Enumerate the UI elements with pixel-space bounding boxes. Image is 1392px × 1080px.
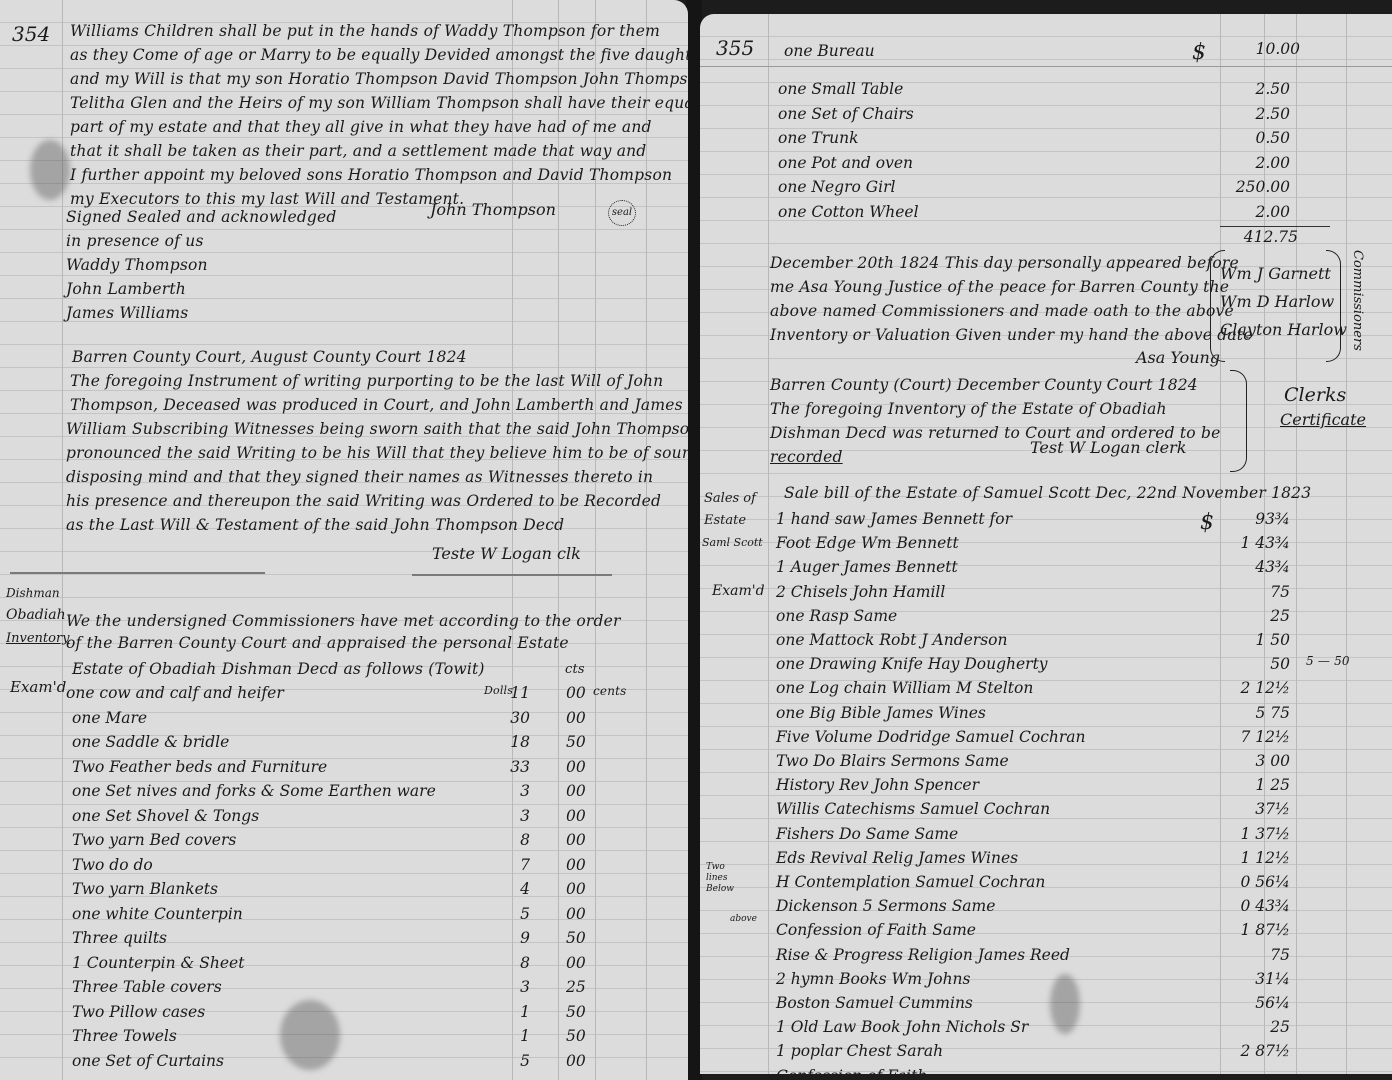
sale-item: Two Do Blairs Sermons Same: [776, 752, 1009, 770]
item-cents: 00: [566, 684, 586, 702]
sale-item: one Drawing Knife Hay Dougherty: [776, 655, 1048, 673]
item-cents: 50: [566, 1003, 586, 1021]
inventory-item: Two Feather beds and Furniture: [72, 758, 327, 776]
inventory-item: one Small Table: [778, 80, 903, 98]
sale-amount: 3 00: [1180, 752, 1290, 770]
inventory-item: Two yarn Bed covers: [72, 831, 236, 849]
item-dollars: 5: [420, 1052, 530, 1070]
inventory-item: one Negro Girl: [778, 178, 895, 196]
item-amount: 2.50: [1180, 80, 1290, 98]
sale-amount: 1 12½: [1180, 849, 1290, 867]
sale-amount: 1 50: [1180, 631, 1290, 649]
item-amount: 2.50: [1180, 105, 1290, 123]
sale-item: 1 hand saw James Bennett for: [776, 510, 1012, 528]
item-cents: 50: [566, 733, 586, 751]
clerk-teste: Teste W Logan clk: [432, 544, 581, 563]
inventory-item: one Mare: [72, 709, 147, 727]
item-dollars: 18: [420, 733, 530, 751]
item-dollars: 3: [420, 978, 530, 996]
inventory-item: one Set nives and forks & Some Earthen w…: [72, 782, 436, 800]
inventory-item: 1 Counterpin & Sheet: [72, 954, 244, 972]
item-dollars: 1: [420, 1027, 530, 1045]
sale-item: one Rasp Same: [776, 607, 897, 625]
item-dollars: 7: [420, 856, 530, 874]
sale-amount: 0 56¼: [1180, 873, 1290, 891]
sale-item: History Rev John Spencer: [776, 776, 979, 794]
item-dollars: 8: [420, 831, 530, 849]
sale-amount: 1 43¾: [1180, 534, 1290, 552]
inventory-item: Three quilts: [72, 929, 167, 947]
attestation-line: in presence of us: [66, 232, 204, 250]
sale-item: 1 poplar Chest Sarah: [776, 1042, 943, 1060]
item-dollars: 33: [420, 758, 530, 776]
item-cents: 00: [566, 782, 586, 800]
page-number: 354: [12, 22, 50, 46]
section-divider: [412, 574, 612, 576]
item-dollars: 11: [420, 684, 530, 702]
side-note: above: [730, 908, 757, 930]
item-dollars: 4: [420, 880, 530, 898]
brace-mark: [1230, 370, 1247, 472]
sale-amount: 1 25: [1180, 776, 1290, 794]
inventory-item: one Set of Chairs: [778, 105, 914, 123]
sale-amount: 5 75: [1180, 704, 1290, 722]
inventory-item: one Bureau: [784, 42, 875, 60]
item-cents: 00: [566, 758, 586, 776]
sale-item: Willis Catechisms Samuel Cochran: [776, 800, 1050, 818]
inventory-item: one Set Shovel & Tongs: [72, 807, 259, 825]
attestation-line: Signed Sealed and acknowledged: [66, 208, 337, 226]
inventory-item: one Cotton Wheel: [778, 203, 919, 221]
sale-amount: 1 37½: [1180, 825, 1290, 843]
sale-item: Dickenson 5 Sermons Same: [776, 897, 995, 915]
item-cents: 00: [566, 880, 586, 898]
sale-item: one Big Bible James Wines: [776, 704, 986, 722]
item-amount: 2.00: [1180, 203, 1290, 221]
item-cents: 50: [566, 929, 586, 947]
commissioners-label: Commissioners: [1350, 250, 1365, 351]
item-cents: 00: [566, 831, 586, 849]
sale-amount: 93¾: [1180, 510, 1290, 528]
certificate-label: Certificate: [1280, 410, 1366, 429]
witness-name: Waddy Thompson: [66, 256, 208, 274]
sale-item: Confession of Faith Same: [776, 921, 976, 939]
sale-item: Five Volume Dodridge Samuel Cochran: [776, 728, 1086, 746]
inventory-item: one Trunk: [778, 129, 859, 147]
sale-item: Eds Revival Relig James Wines: [776, 849, 1018, 867]
item-cents: 25: [566, 978, 586, 996]
certificate-label: Clerks: [1284, 384, 1346, 406]
inventory-item: Two yarn Blankets: [72, 880, 218, 898]
item-dollars: 8: [420, 954, 530, 972]
sale-item: Rise & Progress Religion James Reed: [776, 946, 1070, 964]
item-dollars: 5: [420, 905, 530, 923]
item-dollars: 30: [420, 709, 530, 727]
sale-item: 1 Old Law Book John Nichols Sr: [776, 1018, 1028, 1036]
sale-amount: 56¼: [1180, 994, 1290, 1012]
inventory-item: one white Counterpin: [72, 905, 243, 923]
item-amount: 2.00: [1180, 154, 1290, 172]
inventory-item: one Set of Curtains: [72, 1052, 224, 1070]
sale-amount: 25: [1180, 607, 1290, 625]
sale-item: one Mattock Robt J Anderson: [776, 631, 1008, 649]
sale-item: 1 Auger James Bennett: [776, 558, 958, 576]
testator-signature: John Thompson: [430, 200, 556, 219]
sale-amount: 37½: [1180, 800, 1290, 818]
page-number: 355: [716, 36, 754, 60]
item-amount: 10.00: [1190, 40, 1300, 58]
item-amount: 0.50: [1180, 129, 1290, 147]
section-divider: [10, 572, 265, 574]
witness-name: James Williams: [66, 304, 188, 322]
sale-amount: 50: [1180, 655, 1290, 673]
side-note: Two lines Below: [706, 862, 746, 895]
item-cents: 00: [566, 709, 586, 727]
sale-amount: 2 87½: [1180, 1042, 1290, 1060]
item-dollars: 3: [420, 782, 530, 800]
sale-heading: Sale bill of the Estate of Samuel Scott …: [784, 484, 1311, 502]
item-cents: 00: [566, 1052, 586, 1070]
item-cents: 00: [566, 954, 586, 972]
left-page: 354 Williams Children shall be put in th…: [0, 0, 688, 1080]
sale-amount: 31¼: [1180, 970, 1290, 988]
inventory-total: 412.75: [1188, 228, 1298, 246]
sale-item: Fishers Do Same Same: [776, 825, 958, 843]
witness-name: John Lamberth: [66, 280, 186, 298]
inventory-item: one Pot and oven: [778, 154, 913, 172]
sale-amount: 1 87½: [1180, 921, 1290, 939]
sale-amount: 7 12½: [1180, 728, 1290, 746]
sale-item: 2 hymn Books Wm Johns: [776, 970, 970, 988]
court-heading: Barren County Court, August County Court…: [72, 348, 467, 366]
item-dollars: 1: [420, 1003, 530, 1021]
item-cents: 50: [566, 1027, 586, 1045]
item-dollars: 3: [420, 807, 530, 825]
sale-item: Boston Samuel Cummins: [776, 994, 973, 1012]
sale-amount: 0 43¾: [1180, 897, 1290, 915]
item-cents: 00: [566, 856, 586, 874]
sale-amount: 43¾: [1180, 558, 1290, 576]
inventory-item: one cow and calf and heifer: [66, 684, 284, 702]
sale-item: Foot Edge Wm Bennett: [776, 534, 959, 552]
right-page: 355 one Bureau $ 10.00 one Small Table 2…: [700, 14, 1392, 1074]
running-total-note: 5 — 50: [1306, 654, 1350, 668]
inventory-item: Two do do: [72, 856, 153, 874]
sale-amount: 25: [1180, 1018, 1290, 1036]
inventory-item: Three Table covers: [72, 978, 222, 996]
justice-signature: Asa Young: [1136, 348, 1220, 367]
inventory-item: Two Pillow cases: [72, 1003, 205, 1021]
inventory-item: Three Towels: [72, 1027, 177, 1045]
clerk-teste: Test W Logan clerk: [1030, 438, 1186, 457]
sale-item: one Log chain William M Stelton: [776, 679, 1033, 697]
item-amount: 250.00: [1180, 178, 1290, 196]
seal-mark: seal: [608, 200, 636, 226]
sale-amount: 75: [1180, 946, 1290, 964]
sale-item: 2 Chisels John Hamill: [776, 583, 945, 601]
cents-word: cents: [593, 684, 627, 698]
sale-amount: 75: [1180, 583, 1290, 601]
item-dollars: 9: [420, 929, 530, 947]
inventory-item: one Saddle & bridle: [72, 733, 229, 751]
sale-item: H Contemplation Samuel Cochran: [776, 873, 1045, 891]
sale-amount: 2 12½: [1180, 679, 1290, 697]
item-cents: 00: [566, 905, 586, 923]
sale-item: Confession of Faith: [776, 1067, 927, 1074]
item-cents: 00: [566, 807, 586, 825]
cents-header: cts: [565, 662, 585, 677]
brace-mark: [1326, 250, 1341, 362]
